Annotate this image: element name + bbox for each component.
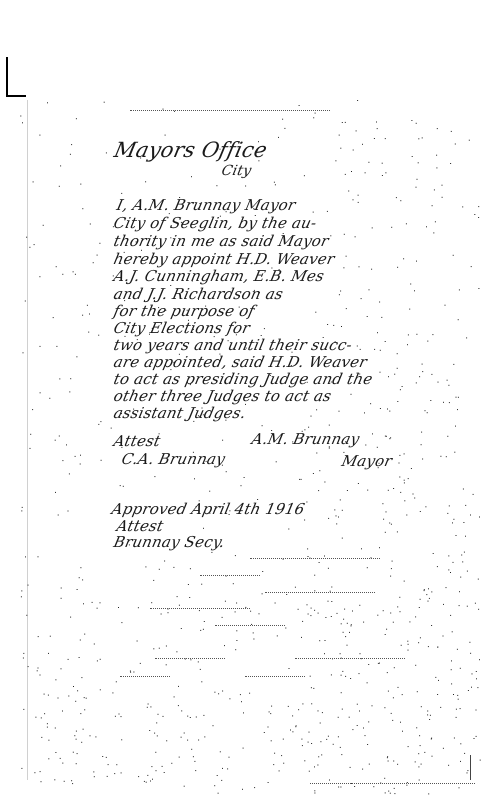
ruled-line bbox=[130, 110, 330, 111]
body-line: hereby appoint H.D. Weaver bbox=[112, 250, 336, 268]
ruled-line bbox=[200, 575, 260, 576]
ruled-line bbox=[250, 558, 380, 559]
ruled-line bbox=[295, 658, 405, 659]
approval-signature: Brunnay Secy. bbox=[112, 533, 227, 551]
body-line: and J.J. Richardson as bbox=[112, 285, 285, 303]
margin-edge bbox=[27, 100, 28, 780]
body-line: are appointed, said H.D. Weaver bbox=[112, 353, 369, 371]
body-line: for the purpose of bbox=[112, 302, 256, 320]
ruled-line bbox=[245, 676, 305, 677]
body-line: other three Judges to act as bbox=[112, 387, 333, 405]
body-line: two years and until their succ- bbox=[112, 336, 354, 354]
ruled-line bbox=[155, 658, 225, 659]
ruled-line bbox=[120, 676, 170, 677]
ruled-line bbox=[150, 608, 250, 609]
body-line: to act as presiding Judge and the bbox=[112, 370, 374, 388]
ruled-line bbox=[215, 625, 285, 626]
body-line: City of Seeglin, by the au- bbox=[112, 214, 318, 232]
document-subtitle: City bbox=[220, 163, 253, 179]
approval-line: Approved April 4th 1916 bbox=[110, 500, 307, 518]
scanned-document-page: Mayors Office City I, A.M. Brunnay Mayor… bbox=[0, 0, 486, 800]
body-line: assistant Judges. bbox=[112, 404, 248, 422]
body-line: thority in me as said Mayor bbox=[112, 232, 330, 250]
ruled-line bbox=[265, 592, 375, 593]
body-line: I, A.M. Brunnay Mayor bbox=[115, 196, 297, 214]
clerk-signature: C.A. Brunnay bbox=[120, 450, 227, 468]
edge-mark bbox=[470, 755, 471, 780]
ruled-line bbox=[310, 783, 475, 784]
body-line: A.J. Cunningham, E.B. Mes bbox=[112, 267, 326, 285]
attest-label: Attest bbox=[112, 432, 162, 450]
document-title: Mayors Office bbox=[112, 138, 269, 162]
body-line: City Elections for bbox=[112, 319, 252, 337]
mayor-title: Mayor bbox=[340, 452, 394, 470]
mayor-signature: A.M. Brunnay bbox=[250, 430, 361, 448]
